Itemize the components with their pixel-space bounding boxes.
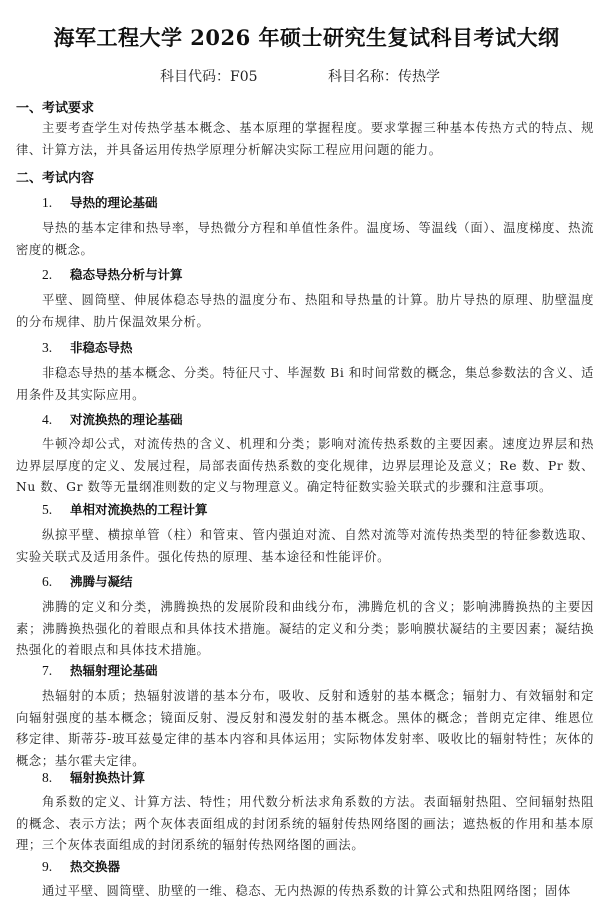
document-page: 海军工程大学 2026 年硕士研究生复试科目考试大纲 科目代码：F05 科目名称… bbox=[0, 0, 613, 914]
item-heading-6: 6.沸腾与凝结 bbox=[42, 572, 133, 590]
item-paragraph-9: 通过平壁、圆筒壁、肋壁的一维、稳态、无内热源的传热系数的计算公式和热阻网络图；固… bbox=[16, 881, 594, 903]
item-heading-9: 9.热交换器 bbox=[42, 857, 120, 875]
requirements-paragraph: 主要考查学生对传热学基本概念、基本原理的掌握程度。要求掌握三种基本传热方式的特点… bbox=[16, 118, 594, 161]
section-heading-requirements: 一、考试要求 bbox=[16, 97, 94, 116]
subject-name: 科目名称：传热学 bbox=[328, 66, 440, 86]
item-paragraph-3: 非稳态导热的基本概念、分类。特征尺寸、毕渥数 Bi 和时间常数的概念，集总参数法… bbox=[16, 363, 594, 406]
item-heading-7: 7.热辐射理论基础 bbox=[42, 661, 158, 679]
document-title: 海军工程大学 2026 年硕士研究生复试科目考试大纲 bbox=[0, 22, 613, 52]
item-paragraph-4: 牛顿冷却公式，对流传热的含义、机理和分类；影响对流传热系数的主要因素。速度边界层… bbox=[16, 434, 594, 499]
item-heading-8: 8.辐射换热计算 bbox=[42, 768, 145, 786]
section-heading-content: 二、考试内容 bbox=[16, 167, 94, 186]
item-paragraph-8: 角系数的定义、计算方法、特性；用代数分析法求角系数的方法。表面辐射热阻、空间辐射… bbox=[16, 792, 594, 857]
item-paragraph-7: 热辐射的本质；热辐射波谱的基本分布，吸收、反射和透射的基本概念；辐射力、有效辐射… bbox=[16, 686, 594, 772]
item-heading-5: 5.单相对流换热的工程计算 bbox=[42, 500, 208, 518]
item-heading-2: 2.稳态导热分析与计算 bbox=[42, 265, 183, 283]
item-paragraph-5: 纵掠平壁、横掠单管（柱）和管束、管内强迫对流、自然对流等对流传热类型的特征参数选… bbox=[16, 525, 594, 568]
item-heading-3: 3.非稳态导热 bbox=[42, 338, 133, 356]
item-heading-1: 1.导热的理论基础 bbox=[42, 193, 158, 211]
subject-code: 科目代码：F05 bbox=[160, 66, 258, 86]
item-paragraph-1: 导热的基本定律和热导率，导热微分方程和单值性条件。温度场、等温线（面）、温度梯度… bbox=[16, 218, 594, 261]
item-paragraph-6: 沸腾的定义和分类，沸腾换热的发展阶段和曲线分布，沸腾危机的含义；影响沸腾换热的主… bbox=[16, 597, 594, 662]
item-paragraph-2: 平壁、圆筒壁、伸展体稳态导热的温度分布、热阻和导热量的计算。肋片导热的原理、肋壁… bbox=[16, 290, 594, 333]
item-heading-4: 4.对流换热的理论基础 bbox=[42, 410, 183, 428]
